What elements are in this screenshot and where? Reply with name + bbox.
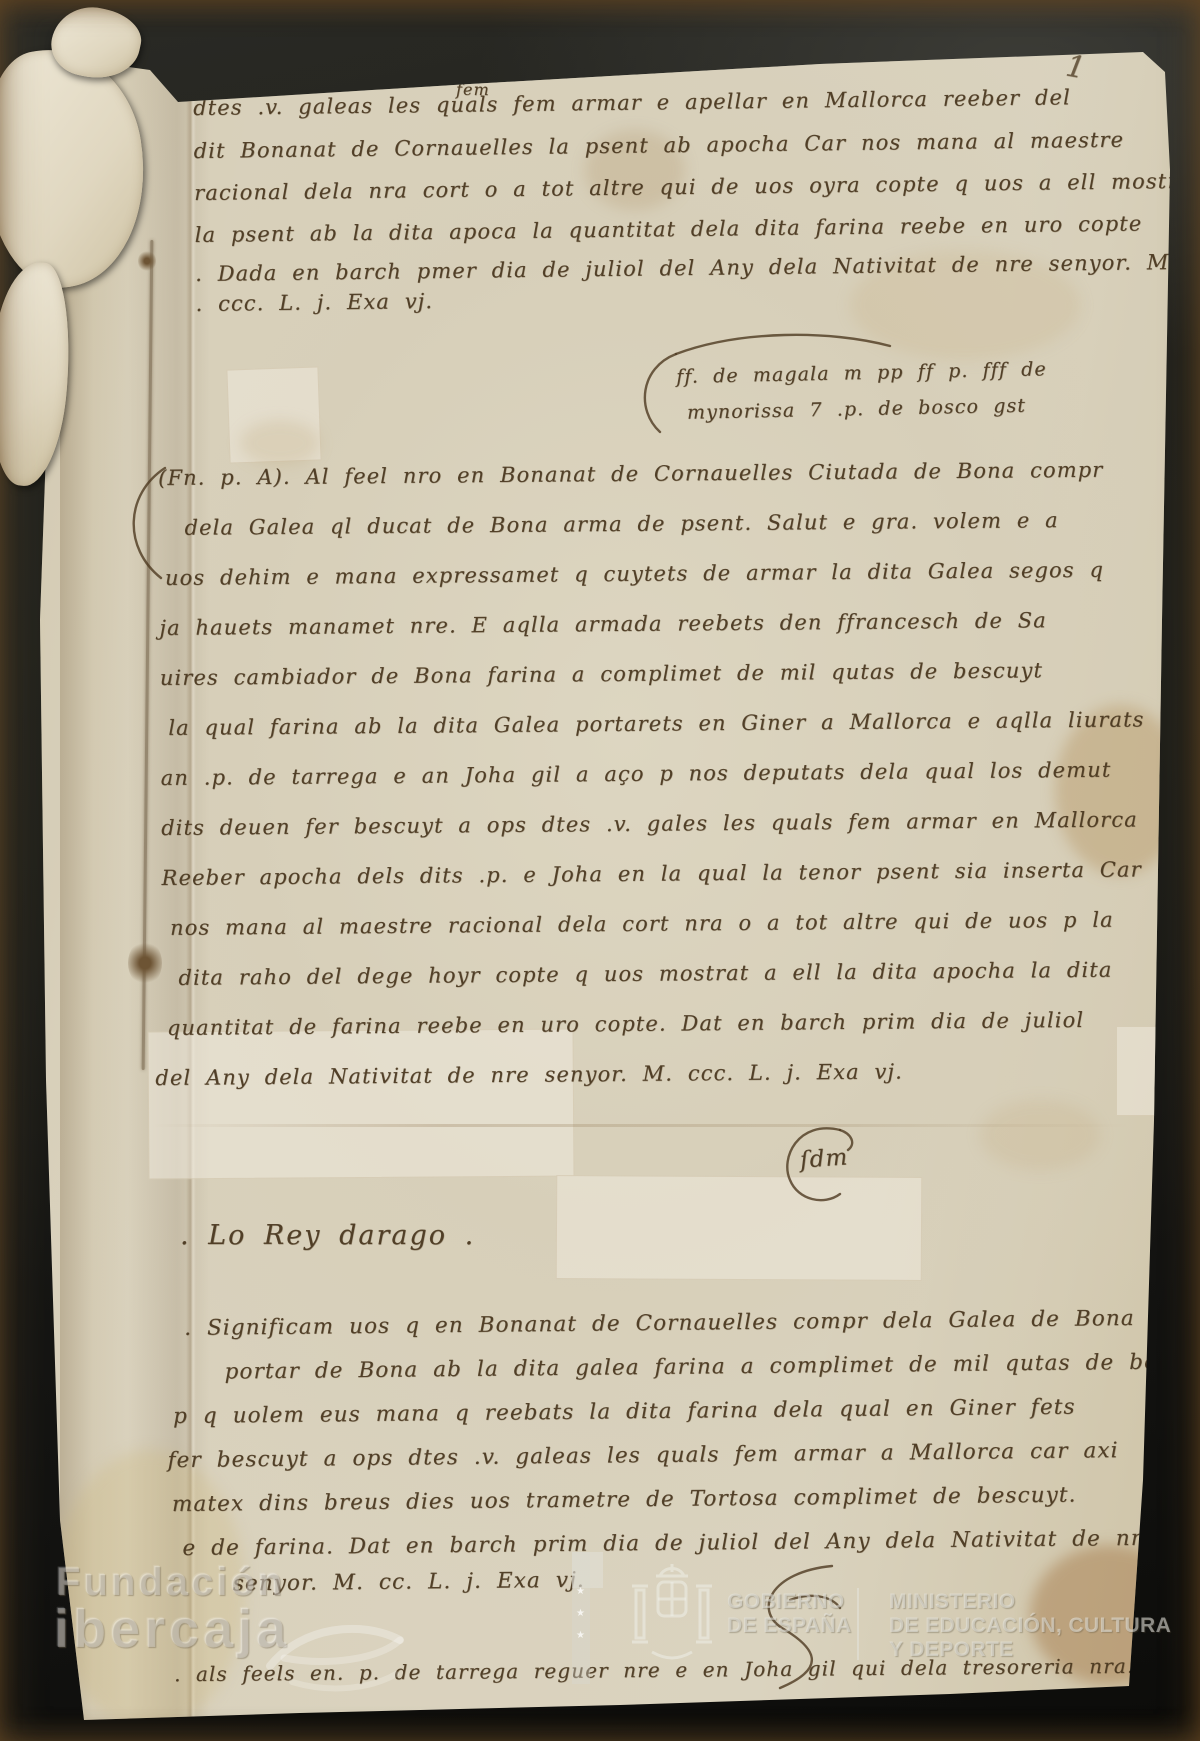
repair-patch (1116, 1026, 1172, 1116)
horizontal-crease (150, 1124, 1130, 1127)
eu-star-icon: ★ (576, 1630, 585, 1641)
manuscript-line: matex dins breus dies uos trametre de To… (172, 1483, 1077, 1517)
manuscript-line: del Any dela Nativitat de nre senyor. M.… (155, 1060, 903, 1091)
bracket-flourish-icon (600, 322, 900, 442)
eu-star-icon: ★ (576, 1608, 585, 1619)
manuscript-line: uos dehim e mana expressamet q cuytets d… (165, 558, 1104, 590)
stitch-knot (138, 250, 156, 272)
parchment-stain (980, 1100, 1100, 1170)
gobierno-watermark: GOBIERNO DE ESPAÑA (727, 1590, 852, 1638)
gobierno-line: DE ESPAÑA (727, 1614, 852, 1638)
manuscript-line: ja hauets manamet nre. E aqlla armada re… (159, 608, 1047, 640)
manuscript-line: dela Galea ql ducat de Bona arma de psen… (184, 508, 1058, 540)
ministerio-line: Y DEPORTE (889, 1638, 1171, 1662)
watermark-divider (857, 1588, 859, 1660)
letter-heading: . Lo Rey darago . (180, 1220, 475, 1251)
manuscript-line: p q uolem eus mana q reebats la dita far… (173, 1395, 1076, 1429)
manuscript-line: an .p. de tarrega e an Joha gil a aço p … (161, 758, 1112, 790)
ministerio-watermark: MINISTERIO DE EDUCACIÓN, CULTURA Y DEPOR… (889, 1590, 1171, 1662)
ibercaja-swan-icon (262, 1604, 422, 1704)
manuscript-line: dits deuen fer bescuyt a ops dtes .v. ga… (161, 807, 1138, 840)
manuscript-line: racional dela nra cort o a tot altre qui… (194, 169, 1200, 205)
manuscript-line: dita raho del dege hoyr copte q uos most… (178, 958, 1112, 990)
manuscript-line: e de farina. Dat en barch prim dia de ju… (182, 1526, 1156, 1561)
ministerio-line: MINISTERIO (889, 1590, 1171, 1614)
manuscript-line: senyor. M. cc. L. j. Exa vj. (233, 1568, 585, 1597)
repair-patch (147, 1029, 574, 1180)
manuscript-line: uires cambiador de Bona farina a complim… (160, 658, 1043, 690)
signature-loop-icon (774, 1120, 864, 1210)
parchment-stain (240, 420, 320, 466)
manuscript-line: quantitat de farina reebe en uro copte. … (167, 1008, 1084, 1040)
ibercaja-watermark-line2: ibercaja (54, 1598, 290, 1660)
manuscript-line: . ccc. L. j. Exa vj. (195, 289, 433, 316)
manuscript-line: nos mana al maestre racional dela cort n… (170, 908, 1114, 940)
manuscript-line: dtes .v. galeas les quals fem armar e ap… (193, 85, 1071, 120)
parchment-page: 1 fem dtes .v. galeas les quals fem arma… (0, 0, 1200, 1741)
manuscript-line: . Significam uos q en Bonanat de Cornaue… (184, 1305, 1200, 1341)
eu-star-icon: ★ (576, 1586, 585, 1597)
manuscript-line: portar de Bona ab la dita galea farina a… (224, 1349, 1200, 1384)
folio-number: 1 (1063, 49, 1089, 87)
spain-coat-of-arms-icon (622, 1560, 722, 1664)
manuscript-line: la psent ab la dita apoca la quantitat d… (195, 211, 1143, 247)
repair-patch (556, 1175, 923, 1281)
stitch-knot (128, 940, 162, 986)
manuscript-line: la qual farina ab la dita Galea portaret… (168, 707, 1144, 740)
gobierno-line: GOBIERNO (727, 1590, 852, 1614)
manuscript-line: fer bescuyt a ops dtes .v. galeas les qu… (167, 1438, 1118, 1473)
manuscript-line: Reeber apocha dels dits .p. e Joha en la… (161, 857, 1141, 890)
ministerio-line: DE EDUCACIÓN, CULTURA (889, 1614, 1171, 1638)
manuscript-photo-scene: 1 fem dtes .v. galeas les quals fem arma… (0, 0, 1200, 1741)
paragraph-bracket-icon (113, 460, 175, 585)
